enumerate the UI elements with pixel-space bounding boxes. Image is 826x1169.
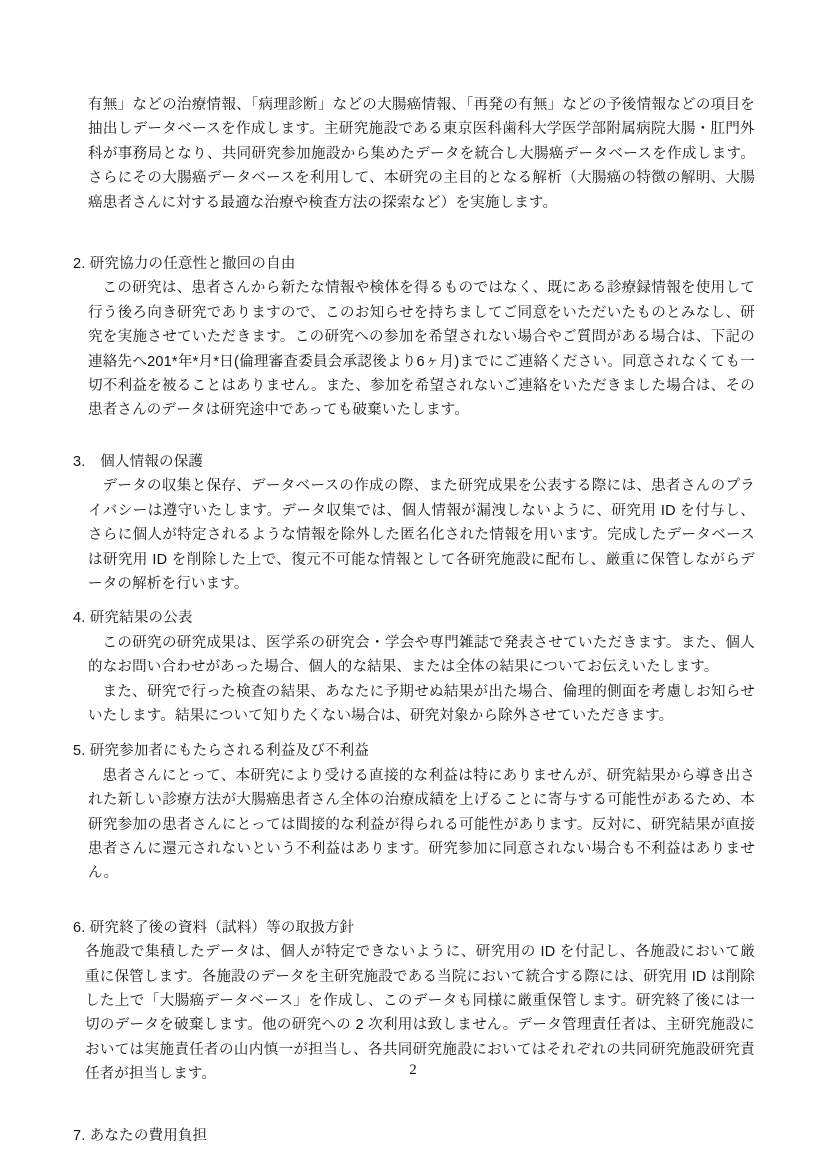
section-6-data-handling: 6. 研究終了後の資料（試料）等の取扱方針 各施設で集積したデータは、個人が特定… — [73, 916, 755, 1087]
page-footer: 2 — [0, 1062, 826, 1079]
section-4-paragraph-1: この研究の研究成果は、医学系の研究会・学会や専門雑誌で発表させていただきます。ま… — [88, 631, 755, 680]
section-5-paragraph: 患者さんにとって、本研究により受ける直接的な利益は特にありませんが、研究結果から… — [88, 764, 755, 886]
section-5-benefits-disadvantages: 5. 研究参加者にもたらされる利益及び不利益 患者さんにとって、本研究により受け… — [73, 739, 755, 885]
section-3-privacy: 3. 個人情報の保護 データの収集と保存、データベースの作成の際、また研究成果を… — [73, 450, 755, 596]
paragraph-intro-continuation: 有無」などの治療情報、「病理診断」などの大腸癌情報、「再発の有無」などの予後情報… — [88, 93, 755, 215]
document-page: 有無」などの治療情報、「病理診断」などの大腸癌情報、「再発の有無」などの予後情報… — [0, 0, 826, 1169]
section-2-voluntariness: 2. 研究協力の任意性と撤回の自由 この研究は、患者さんから新たな情報や検体を得… — [73, 252, 755, 423]
section-3-paragraph: データの収集と保存、データベースの作成の際、また研究成果を公表する際には、患者さ… — [88, 474, 755, 596]
section-intro-continuation: 有無」などの治療情報、「病理診断」などの大腸癌情報、「再発の有無」などの予後情報… — [73, 93, 755, 215]
section-4-paragraph-2: また、研究で行った検査の結果、あなたに予期せぬ結果が出た場合、倫理的側面を考慮し… — [88, 680, 755, 729]
section-6-heading: 6. 研究終了後の資料（試料）等の取扱方針 — [73, 916, 755, 940]
section-3-heading: 3. 個人情報の保護 — [73, 450, 755, 474]
section-2-heading: 2. 研究協力の任意性と撤回の自由 — [73, 252, 755, 276]
section-4-heading: 4. 研究結果の公表 — [73, 606, 755, 630]
section-7-heading: 7. あなたの費用負担 — [73, 1124, 755, 1148]
section-2-paragraph: この研究は、患者さんから新たな情報や検体を得るものではなく、既にある診療録情報を… — [88, 276, 755, 422]
section-4-publication: 4. 研究結果の公表 この研究の研究成果は、医学系の研究会・学会や専門雑誌で発表… — [73, 606, 755, 728]
document-body: 有無」などの治療情報、「病理診断」などの大腸癌情報、「再発の有無」などの予後情報… — [73, 93, 755, 1148]
page-number: 2 — [409, 1062, 417, 1078]
section-5-heading: 5. 研究参加者にもたらされる利益及び不利益 — [73, 739, 755, 763]
section-7-cost-burden: 7. あなたの費用負担 — [73, 1124, 755, 1148]
